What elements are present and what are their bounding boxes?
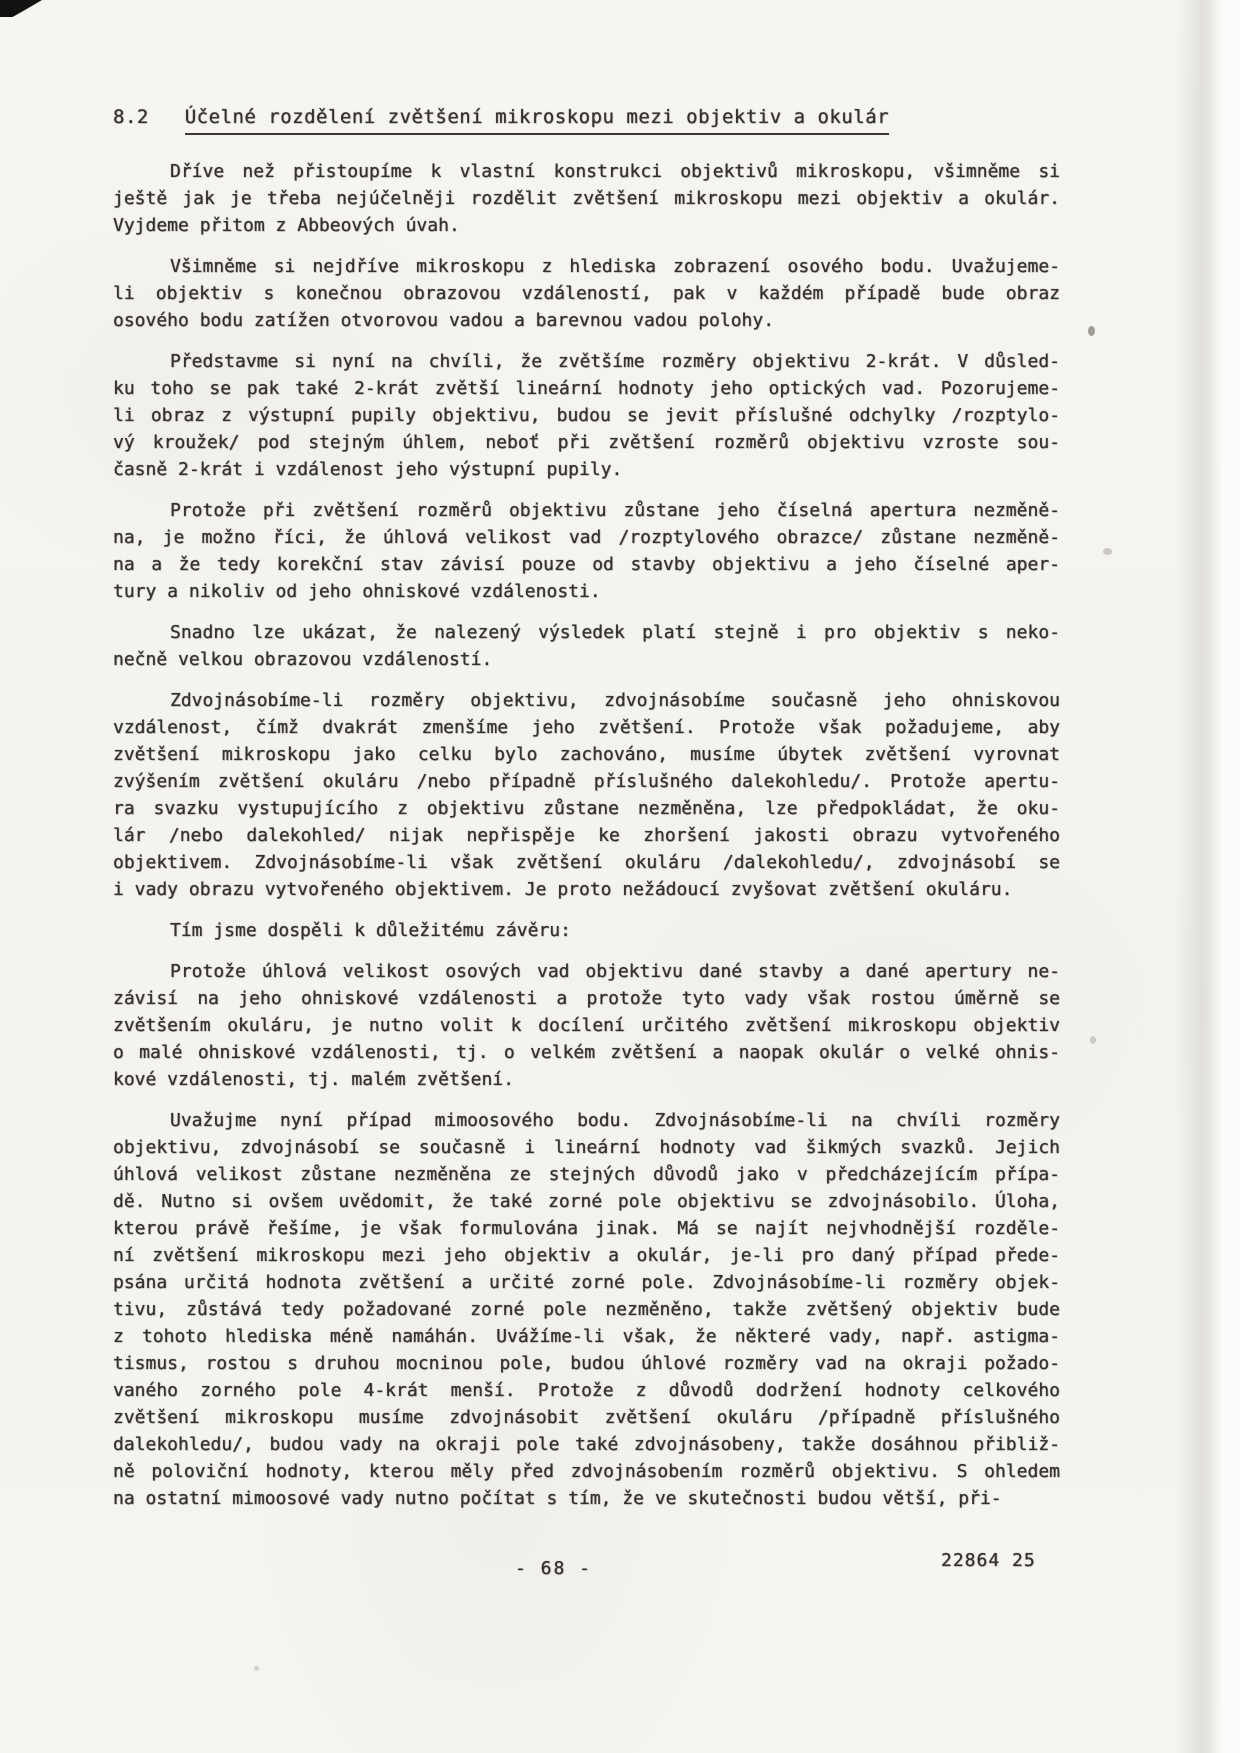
text-line: ještě jak je třeba nejúčelněji rozdělit … (113, 185, 1060, 212)
text-line: dalekohledu/, budou vady na okraji pole … (113, 1431, 1060, 1458)
text-line: osového bodu zatížen otvorovou vadou a b… (113, 307, 1060, 334)
page-content: 8.2 Účelné rozdělení zvětšení mikroskopu… (113, 106, 1060, 1512)
text-line: Všimněme si nejdříve mikroskopu z hledis… (113, 253, 1060, 280)
page-number: - 68 - (515, 1558, 592, 1579)
print-code: 22864 25 (941, 1550, 1036, 1571)
ink-speck (254, 1666, 259, 1671)
text-line: kterou právě řešíme, je však formulována… (113, 1215, 1060, 1242)
text-line: dě. Nutno si ovšem uvědomit, že také zor… (113, 1188, 1060, 1215)
text-line: objektivem. Zdvojnásobíme-li však zvětše… (113, 849, 1060, 876)
text-line: vzdálenost, čímž dvakrát zmenšíme jeho z… (113, 714, 1060, 741)
text-line: závisí na jeho ohniskové vzdálenosti a p… (113, 985, 1060, 1012)
text-line: kové vzdálenosti, tj. malém zvětšení. (113, 1066, 1060, 1093)
paragraph: Všimněme si nejdříve mikroskopu z hledis… (113, 253, 1060, 334)
paragraph: Uvažujme nyní případ mimoosového bodu. Z… (113, 1107, 1060, 1512)
text-line: ní zvětšení mikroskopu mezi jeho objekti… (113, 1242, 1060, 1269)
text-line: na a že tedy korekční stav závisí pouze … (113, 551, 1060, 578)
ink-speck (1103, 548, 1112, 555)
text-line: o malé ohniskové vzdálenosti, tj. o velk… (113, 1039, 1060, 1066)
text-line: vý kroužek/ pod stejným úhlem, neboť při… (113, 429, 1060, 456)
ink-speck (1088, 326, 1095, 336)
text-line: na ostatní mimoosové vady nutno počítat … (113, 1485, 1060, 1512)
text-line: li objektiv s konečnou obrazovou vzdálen… (113, 280, 1060, 307)
paragraph: Snadno lze ukázat, že nalezený výsledek … (113, 619, 1060, 673)
paragraph: Tím jsme dospěli k důležitému závěru: (113, 917, 1060, 944)
text-line: na, je možno říci, že úhlová velikost va… (113, 524, 1060, 551)
text-line: úhlová velikost zůstane nezměněna ze ste… (113, 1161, 1060, 1188)
text-line: lár /nebo dalekohled/ nijak nepřispěje k… (113, 822, 1060, 849)
document-body: Dříve než přistoupíme k vlastní konstruk… (113, 158, 1060, 1512)
text-line: z tohoto hlediska méně namáhán. Uvážíme-… (113, 1323, 1060, 1350)
section-heading: 8.2 Účelné rozdělení zvětšení mikroskopu… (113, 106, 1060, 128)
text-line: Protože při zvětšení rozměrů objektivu z… (113, 497, 1060, 524)
text-line: Vyjdeme přitom z Abbeových úvah. (113, 212, 1060, 239)
text-line: nečně velkou obrazovou vzdáleností. (113, 646, 1060, 673)
text-line: tury a nikoliv od jeho ohniskové vzdálen… (113, 578, 1060, 605)
text-line: Protože úhlová velikost osových vad obje… (113, 958, 1060, 985)
text-line: Uvažujme nyní případ mimoosového bodu. Z… (113, 1107, 1060, 1134)
text-line: tismus, rostou s druhou mocninou pole, b… (113, 1350, 1060, 1377)
paragraph: Protože úhlová velikost osových vad obje… (113, 958, 1060, 1093)
ink-speck (1090, 1036, 1096, 1044)
section-title: Účelné rozdělení zvětšení mikroskopu mez… (185, 106, 889, 135)
text-line: časně 2-krát i vzdálenost jeho výstupní … (113, 456, 1060, 483)
text-line: zvýšením zvětšení okuláru /nebo případně… (113, 768, 1060, 795)
text-line: vaného zorného pole 4-krát menší. Protož… (113, 1377, 1060, 1404)
text-line: tivu, zůstává tedy požadované zorné pole… (113, 1296, 1060, 1323)
text-line: i vady obrazu vytvořeného objektivem. Je… (113, 876, 1060, 903)
paragraph: Protože při zvětšení rozměrů objektivu z… (113, 497, 1060, 605)
paper-torn-edge (1176, 0, 1240, 1753)
text-line: Dříve než přistoupíme k vlastní konstruk… (113, 158, 1060, 185)
text-line: li obraz z výstupní pupily objektivu, bu… (113, 402, 1060, 429)
text-line: psána určitá hodnota zvětšení a určité z… (113, 1269, 1060, 1296)
text-line: Zdvojnásobíme-li rozměry objektivu, zdvo… (113, 687, 1060, 714)
text-line: Snadno lze ukázat, že nalezený výsledek … (113, 619, 1060, 646)
paragraph: Dříve než přistoupíme k vlastní konstruk… (113, 158, 1060, 239)
scan-corner-mark (0, 0, 42, 17)
paragraph: Zdvojnásobíme-li rozměry objektivu, zdvo… (113, 687, 1060, 903)
text-line: ně poloviční hodnoty, kterou měly před z… (113, 1458, 1060, 1485)
text-line: objektivu, zdvojnásobí se současně i lin… (113, 1134, 1060, 1161)
section-number: 8.2 (113, 106, 149, 128)
text-line: zvětšení mikroskopu musíme zdvojnásobit … (113, 1404, 1060, 1431)
text-line: Tím jsme dospěli k důležitému závěru: (113, 917, 1060, 944)
text-line: zvětšení mikroskopu jako celku bylo zach… (113, 741, 1060, 768)
text-line: ra svazku vystupujícího z objektivu zůst… (113, 795, 1060, 822)
scanned-page: 8.2 Účelné rozdělení zvětšení mikroskopu… (0, 0, 1240, 1753)
text-line: zvětšením okuláru, je nutno volit k docí… (113, 1012, 1060, 1039)
text-line: ku toho se pak také 2-krát zvětší lineár… (113, 375, 1060, 402)
paragraph: Představme si nyní na chvíli, že zvětším… (113, 348, 1060, 483)
text-line: Představme si nyní na chvíli, že zvětším… (113, 348, 1060, 375)
